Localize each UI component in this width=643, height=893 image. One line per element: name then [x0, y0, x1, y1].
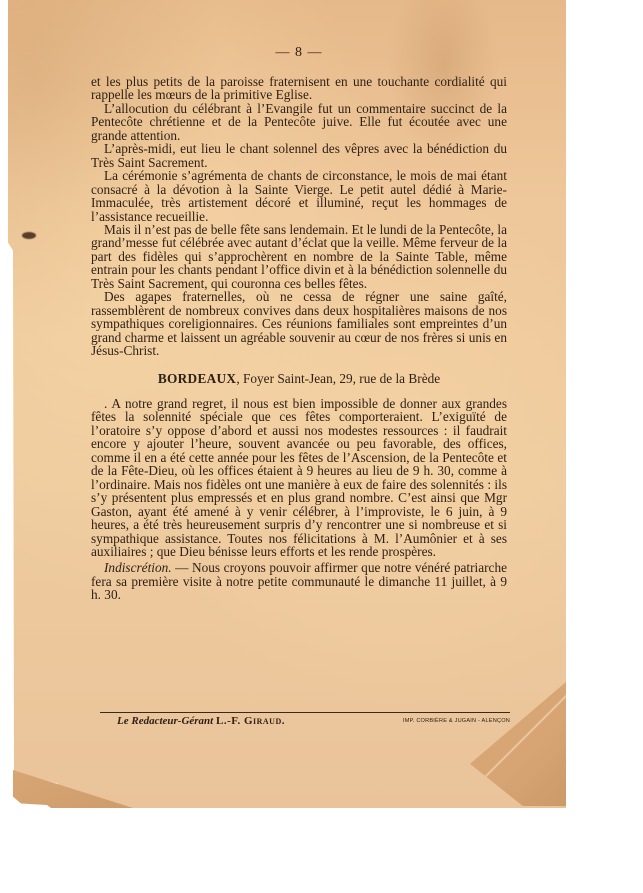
editor-name: L.-F. Giraud. — [216, 715, 285, 727]
indiscretion-paragraph: Indiscrétion. — Nous croyons pouvoir aff… — [91, 561, 507, 601]
paragraph-continued: et les plus petits de la paroisse frater… — [91, 75, 507, 102]
paragraph: L’après-midi, eut lieu le chant solennel… — [91, 142, 507, 169]
section-address: , Foyer Saint-Jean, 29, rue de la Brède — [236, 371, 440, 386]
editor-credit: Le Redacteur-Gérant L.-F. Giraud. — [117, 715, 285, 727]
paragraph: Mais il n’est pas de belle fête sans len… — [91, 223, 507, 290]
printer-credit: IMP. CORBIÈRE & JUGAIN - ALENÇON — [403, 718, 510, 724]
page-number: — 8 — — [91, 45, 507, 61]
body-text: et les plus petits de la paroisse frater… — [91, 75, 507, 602]
ink-smudge — [22, 232, 36, 239]
paragraph: Des agapes fraternelles, où ne cessa de … — [91, 290, 507, 357]
footer-rule — [100, 712, 510, 713]
paragraph: . A notre grand regret, il nous est bien… — [91, 397, 507, 558]
paragraph: La cérémonie s’agrémenta de chants de ci… — [91, 169, 507, 223]
paragraph: L’allocution du célébrant à l’Evangile f… — [91, 102, 507, 142]
editor-role: Le Redacteur-Gérant — [117, 715, 213, 727]
section-city: BORDEAUX — [158, 371, 237, 386]
section-heading: BORDEAUX, Foyer Saint-Jean, 29, rue de l… — [91, 372, 507, 385]
